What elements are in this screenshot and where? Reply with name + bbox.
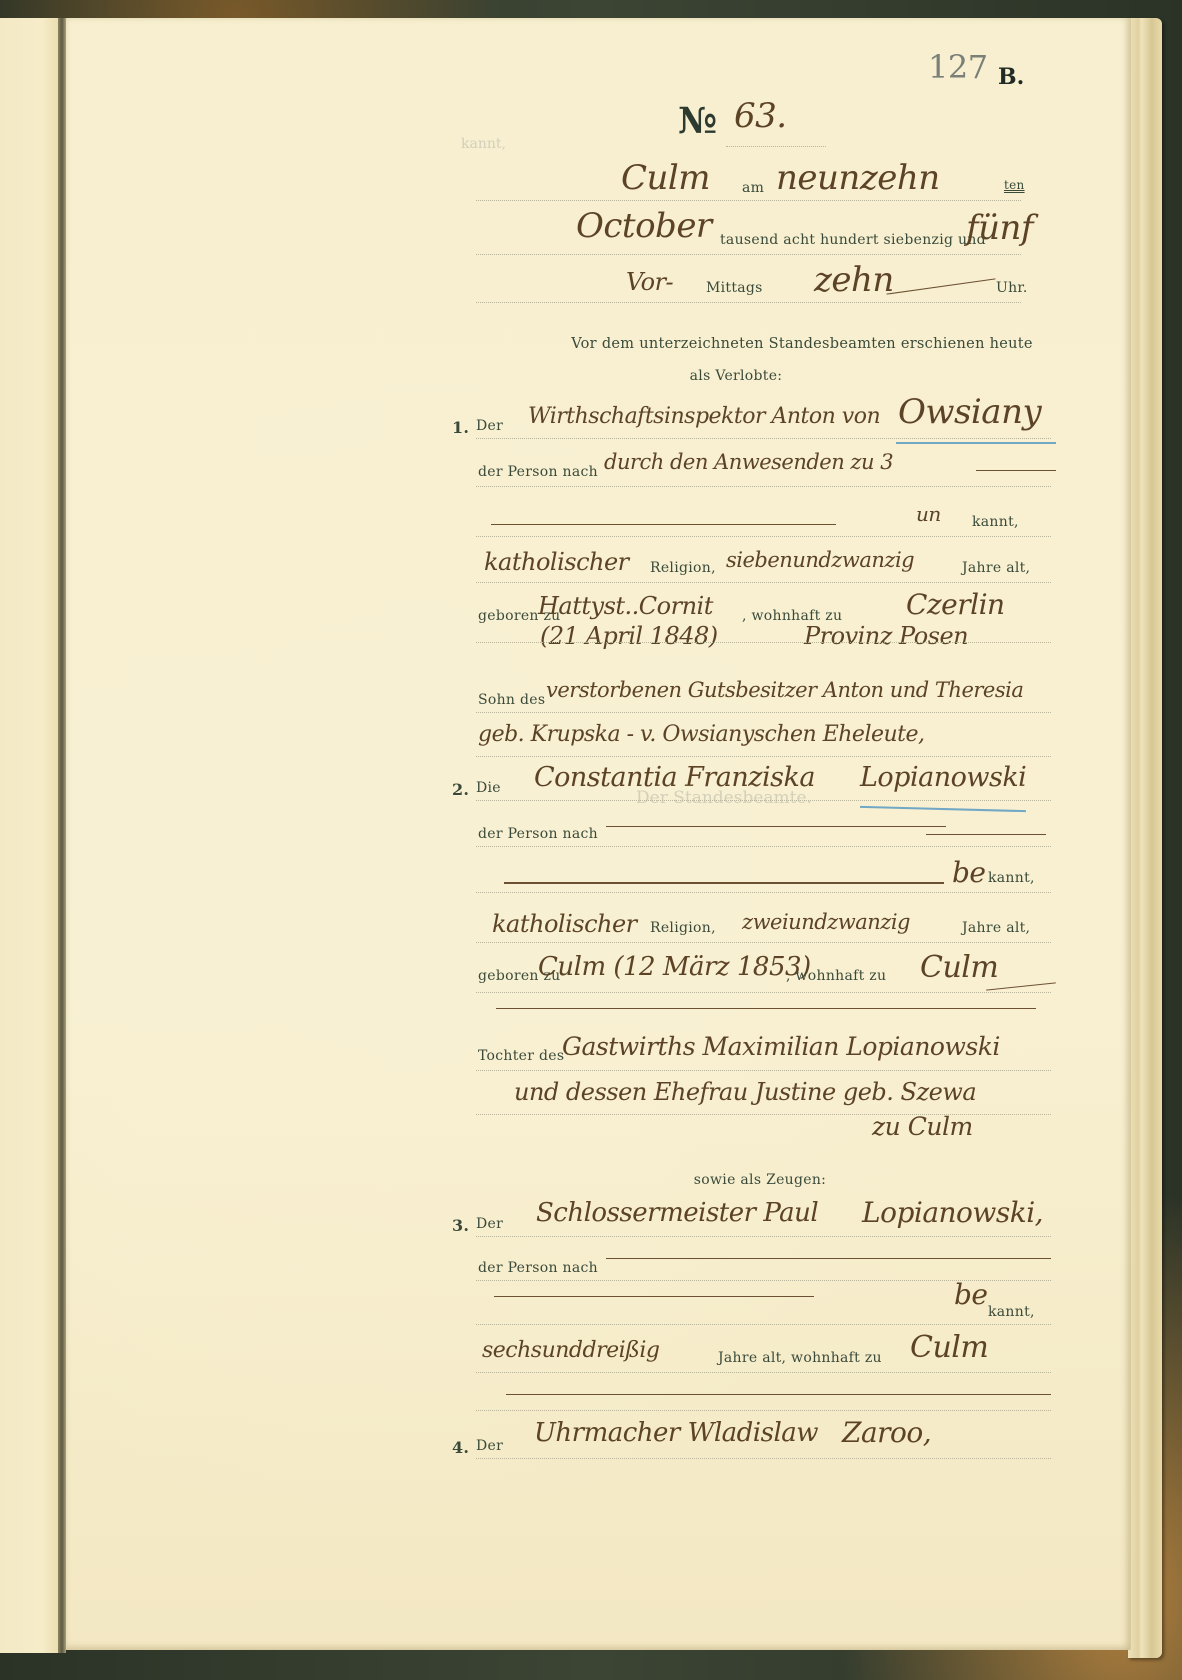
date-connector: am: [742, 180, 764, 196]
bride-religion-value: katholischer: [492, 910, 637, 938]
groom-age-value: siebenundzwanzig: [726, 548, 914, 572]
hour-handwritten: zehn: [814, 260, 894, 300]
dotted-line: [476, 846, 1051, 847]
month-handwritten: October: [576, 206, 712, 246]
dotted-line: [476, 1372, 1051, 1373]
groom-religion-label: Religion,: [650, 560, 716, 576]
ink-stroke: [496, 1008, 1036, 1009]
entry-number: 63.: [734, 96, 787, 136]
witness2-index: 4.: [452, 1438, 469, 1457]
dotted-line: [476, 486, 1051, 487]
witness2-article: Der: [476, 1438, 503, 1454]
year-printed: tausend acht hundert siebenzig und: [720, 232, 986, 248]
ink-stroke: [976, 470, 1056, 471]
witness1-identity-label: der Person nach: [478, 1260, 598, 1276]
bride-parents-line2: und dessen Ehefrau Justine geb. Szewa: [514, 1078, 976, 1106]
bride-residence-label: , wohnhaft zu: [786, 968, 886, 984]
dotted-line: [476, 1324, 1051, 1325]
bride-age-value: zweiundzwanzig: [742, 910, 910, 934]
dotted-line: [476, 1458, 1051, 1459]
bride-born-value: Culm (12 März 1853): [538, 952, 811, 982]
groom-born-place: Hattyst..Cornit: [538, 592, 713, 620]
bride-identity-label: der Person nach: [478, 826, 598, 842]
bride-parents-line3: zu Culm: [872, 1112, 973, 1141]
witness1-residence-value: Culm: [910, 1330, 988, 1365]
dotted-line: [476, 992, 1051, 993]
groom-article: Der: [476, 418, 503, 434]
blue-underline: [860, 806, 1026, 812]
dotted-line: [476, 1236, 1051, 1237]
bride-residence-value: Culm: [920, 950, 998, 985]
ink-stroke: [506, 1394, 1051, 1395]
register-page: kannt, Der Standesbeamte. 127 B. № 63. C…: [66, 18, 1131, 1650]
blue-underline: [896, 442, 1056, 444]
witness2-occupation-name: Uhrmacher Wladislaw: [534, 1418, 818, 1448]
time-period-printed: Mittags: [706, 280, 763, 296]
witness1-index: 3.: [452, 1216, 469, 1235]
groom-parents-label: Sohn des: [478, 692, 545, 708]
dotted-line: [476, 800, 1051, 801]
bride-article: Die: [476, 780, 501, 796]
groom-identity-label: der Person nach: [478, 464, 598, 480]
ink-stroke: [606, 1258, 1051, 1259]
intro-line: Vor dem unterzeichneten Standesbeamten e…: [571, 336, 1033, 352]
dotted-line: [476, 200, 1021, 201]
ink-stroke: [606, 826, 946, 827]
witness1-surname: Lopianowski,: [862, 1196, 1043, 1229]
bride-parents-label: Tochter des: [478, 1048, 564, 1064]
dotted-line: [476, 582, 1051, 583]
witness1-known-suffix: kannt,: [988, 1304, 1035, 1320]
dotted-line: [476, 302, 1021, 303]
groom-surname: Owsiany: [898, 392, 1041, 432]
bride-known-prefix: be: [952, 856, 986, 889]
witness1-known-prefix: be: [954, 1278, 988, 1311]
ink-stroke: [504, 882, 944, 884]
page-stack-edge: [1128, 18, 1162, 1658]
day-handwritten: neunzehn: [776, 158, 940, 198]
dotted-line: [476, 438, 1051, 439]
dotted-line: [476, 712, 1051, 713]
ink-stroke: [926, 834, 1046, 835]
dotted-line: [476, 254, 1021, 255]
ink-stroke: [494, 1296, 814, 1297]
groom-parents-line1: verstorbenen Gutsbesitzer Anton und Ther…: [546, 678, 1023, 702]
year-handwritten: fünf: [966, 208, 1033, 248]
bride-age-label: Jahre alt,: [962, 920, 1030, 936]
dotted-line: [476, 1070, 1051, 1071]
groom-identity-value: durch den Anwesenden zu 3: [604, 450, 893, 474]
bride-parents-line1: Gastwirths Maximilian Lopianowski: [562, 1032, 1000, 1061]
groom-index: 1.: [452, 418, 469, 437]
groom-known-suffix: kannt,: [972, 514, 1019, 530]
day-suffix: ten: [1004, 178, 1025, 192]
witness2-surname: Zaroo,: [842, 1416, 931, 1449]
intro-subline: als Verlobte:: [690, 368, 783, 384]
witness1-age-label: Jahre alt, wohnhaft zu: [718, 1350, 882, 1366]
bride-religion-label: Religion,: [650, 920, 716, 936]
groom-residence-region: Provinz Posen: [804, 622, 968, 650]
bride-known-suffix: kannt,: [988, 870, 1035, 886]
dotted-line: [476, 536, 1051, 537]
ghost-text: kannt,: [461, 136, 506, 152]
ink-stroke: [886, 278, 995, 294]
book-gutter: [58, 18, 66, 1653]
bride-index: 2.: [452, 780, 469, 799]
bride-name: Constantia Franziska: [534, 762, 815, 793]
witness1-occupation-name: Schlossermeister Paul: [536, 1198, 818, 1228]
groom-religion-value: katholischer: [484, 548, 629, 576]
dotted-line: [476, 1410, 1051, 1411]
page-number-handwritten: 127: [928, 48, 988, 86]
dotted-line: [476, 642, 1051, 643]
entry-number-label: №: [678, 100, 717, 142]
left-page-edge: [0, 18, 60, 1653]
groom-parents-line2: geb. Krupska ‑ v. Owsianyschen Eheleute,: [478, 722, 925, 747]
witness1-age-value: sechsunddreißig: [482, 1338, 659, 1363]
groom-born-date: (21 April 1848): [540, 622, 718, 650]
witness1-article: Der: [476, 1216, 503, 1232]
bride-surname: Lopianowski: [860, 762, 1026, 793]
dotted-line: [476, 942, 1051, 943]
dotted-line: [476, 756, 1051, 757]
ink-stroke: [491, 524, 836, 525]
register-letter: B.: [998, 64, 1024, 90]
groom-residence-value: Czerlin: [906, 588, 1005, 621]
dotted-line: [476, 892, 1051, 893]
hour-suffix: Uhr.: [996, 280, 1028, 296]
dotted-line: [726, 146, 826, 147]
groom-occupation-name: Wirthschaftsinspektor Anton von: [528, 404, 880, 429]
place-handwritten: Culm: [621, 158, 710, 198]
time-prefix-handwritten: Vor-: [626, 268, 673, 296]
groom-known-prefix: un: [916, 502, 941, 526]
witnesses-heading: sowie als Zeugen:: [694, 1172, 826, 1188]
groom-age-label: Jahre alt,: [962, 560, 1030, 576]
